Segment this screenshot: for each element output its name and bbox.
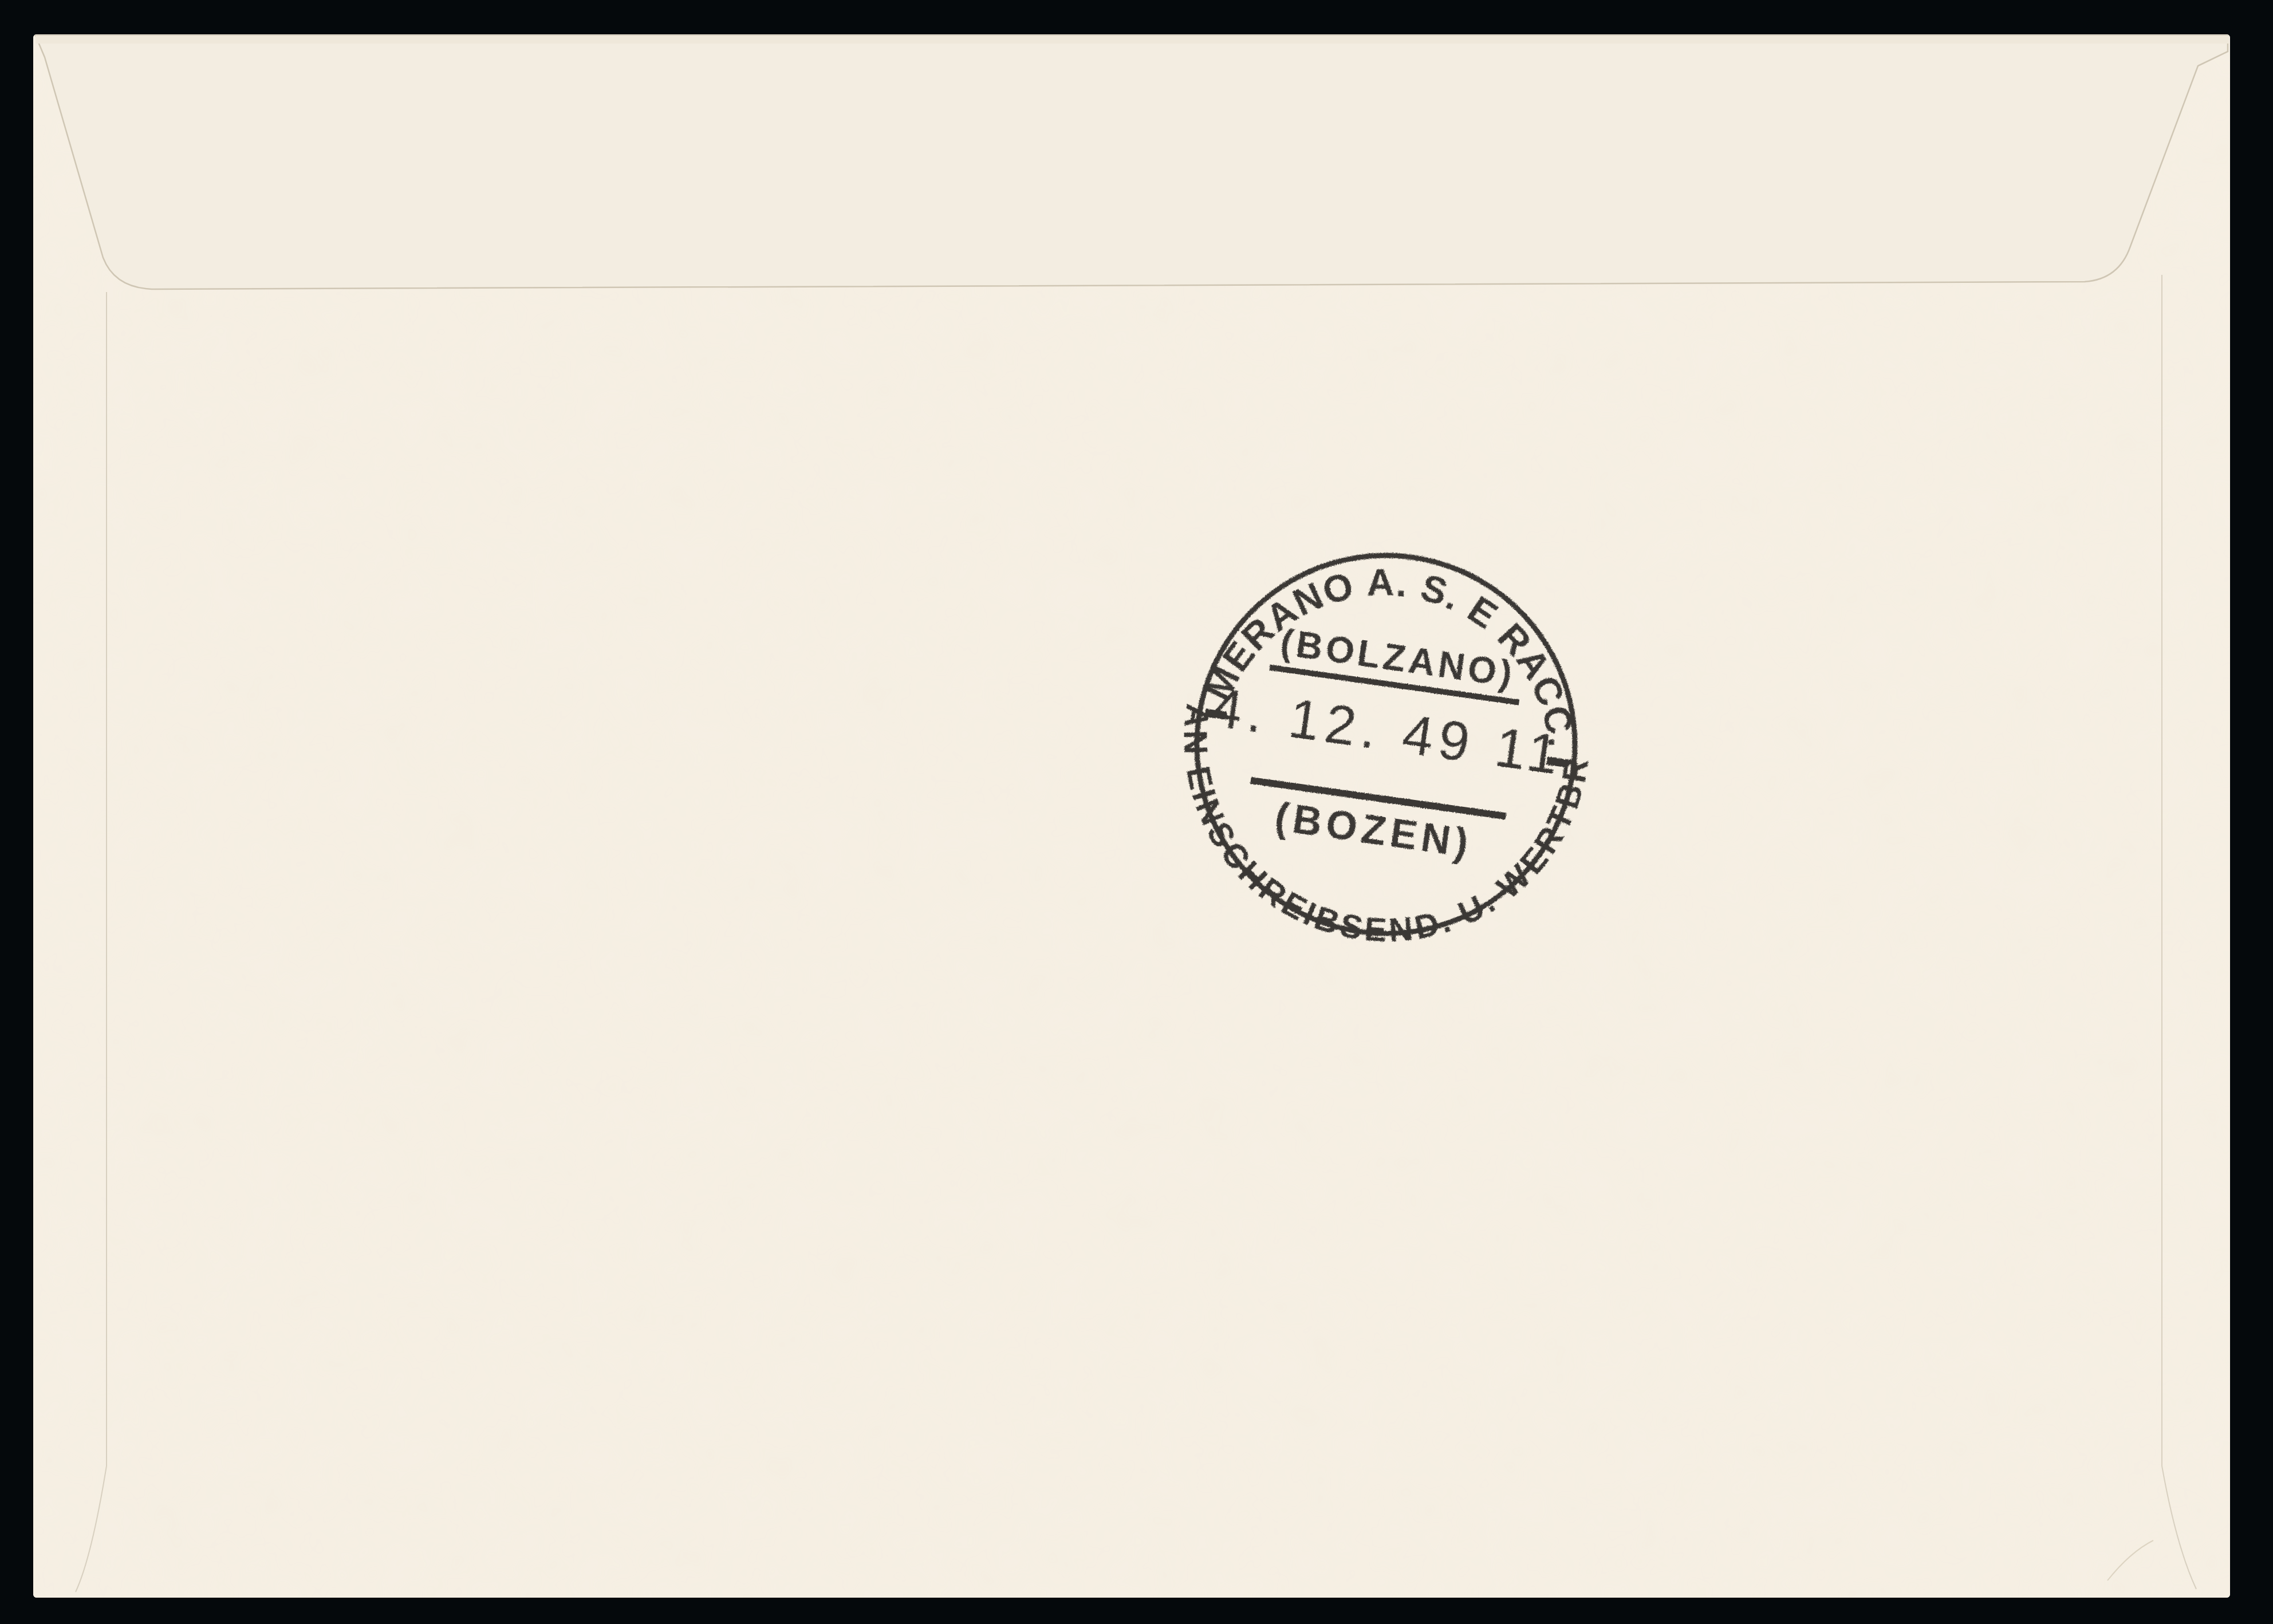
envelope-flap xyxy=(36,36,2228,289)
envelope-scene: MERANO A. S. E RACC. MERAN EINSCHREIBSEN… xyxy=(0,0,2273,1624)
envelope xyxy=(33,34,2230,1598)
